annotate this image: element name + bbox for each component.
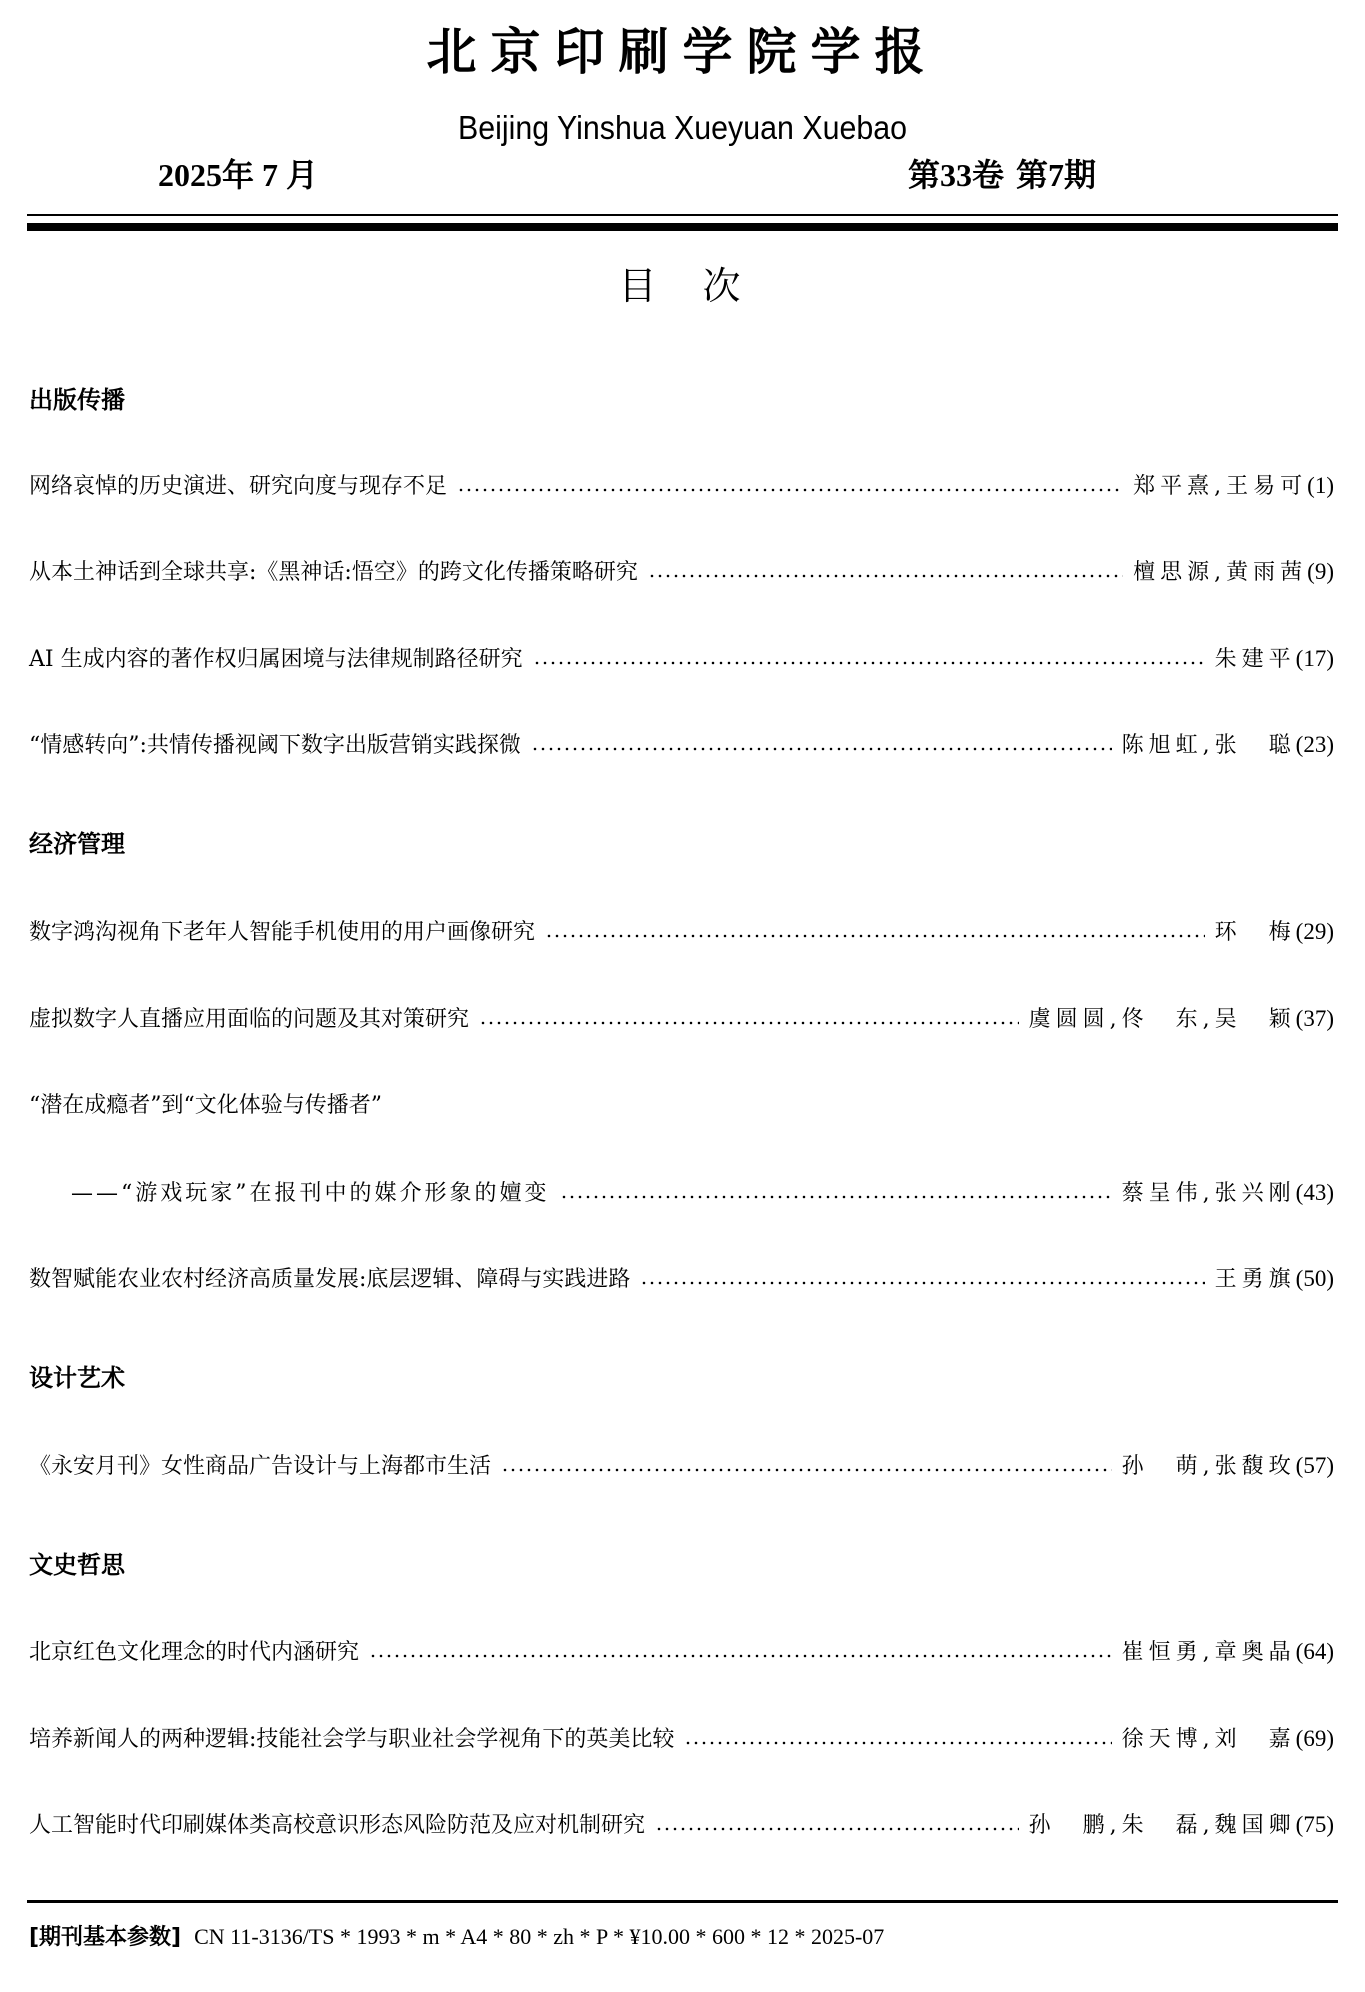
toc-entry[interactable]: 网络哀悼的历史演进、研究向度与现存不足 郑平熹,王易可 (1) <box>29 470 1334 502</box>
article-subtitle[interactable]: ——“游戏玩家”在报刊中的媒介形象的嬗变 <box>29 1178 550 1210</box>
section-title: 出版传播 <box>29 385 125 415</box>
dot-leader <box>648 574 1123 578</box>
journal-title: 北京印刷学院学报 <box>0 22 1365 82</box>
toc-entry[interactable]: 虚拟数字人直播应用面临的问题及其对策研究 虞圆圆,佟 东,吴 颖 (37) <box>29 1003 1334 1035</box>
parameters-value: CN 11-3136/TS * 1993 * m * A4 * 80 * zh … <box>194 1924 884 1949</box>
article-authors: 虞圆圆,佟 东,吴 颖 <box>1029 1004 1296 1036</box>
article-authors: 蔡呈伟,张兴刚 <box>1122 1178 1296 1210</box>
dot-leader <box>560 1195 1112 1199</box>
article-authors: 崔恒勇,章奥晶 <box>1122 1637 1296 1669</box>
footer-divider <box>27 1900 1338 1903</box>
article-authors: 孙 鹏,朱 磊,魏国卿 <box>1029 1810 1296 1842</box>
article-title[interactable]: “潜在成瘾者”到“文化体验与传播者” <box>29 1090 382 1122</box>
toc-heading: 目次 <box>0 262 1365 310</box>
toc-entry[interactable]: 人工智能时代印刷媒体类高校意识形态风险防范及应对机制研究 孙 鹏,朱 磊,魏国卿… <box>29 1809 1334 1841</box>
toc-entry[interactable]: 培养新闻人的两种逻辑:技能社会学与职业社会学视角下的英美比较 徐天博,刘 嘉 (… <box>29 1723 1334 1755</box>
dot-leader <box>369 1654 1112 1658</box>
toc-entry-subtitle-line[interactable]: ——“游戏玩家”在报刊中的媒介形象的嬗变 蔡呈伟,张兴刚 (43) <box>29 1177 1334 1209</box>
dot-leader <box>457 488 1123 492</box>
page-number[interactable]: (69) <box>1296 1723 1334 1755</box>
page-number[interactable]: (23) <box>1296 729 1334 761</box>
article-authors: 徐天博,刘 嘉 <box>1122 1724 1296 1756</box>
section-title: 文史哲思 <box>29 1550 125 1580</box>
article-title[interactable]: 虚拟数字人直播应用面临的问题及其对策研究 <box>29 1004 469 1036</box>
toc-entry[interactable]: AI 生成内容的著作权归属困境与法律规制路径研究 朱建平 (17) <box>29 643 1334 675</box>
article-authors: 王勇旗 <box>1215 1264 1296 1296</box>
journal-parameters: [期刊基本参数] CN 11-3136/TS * 1993 * m * A4 *… <box>29 1921 884 1954</box>
page-number[interactable]: (37) <box>1296 1003 1334 1035</box>
dot-leader <box>545 934 1205 938</box>
article-title[interactable]: 培养新闻人的两种逻辑:技能社会学与职业社会学视角下的英美比较 <box>29 1724 674 1756</box>
page-number[interactable]: (43) <box>1296 1177 1334 1209</box>
article-authors: 陈旭虹,张 聪 <box>1122 730 1296 762</box>
article-title[interactable]: 网络哀悼的历史演进、研究向度与现存不足 <box>29 471 447 503</box>
toc-entry[interactable]: 数字鸿沟视角下老年人智能手机使用的用户画像研究 环 梅 (29) <box>29 916 1334 948</box>
section-title: 经济管理 <box>29 829 125 859</box>
page-number[interactable]: (64) <box>1296 1636 1334 1668</box>
article-title[interactable]: 人工智能时代印刷媒体类高校意识形态风险防范及应对机制研究 <box>29 1810 645 1842</box>
article-authors: 孙 萌,张馥玫 <box>1122 1451 1296 1483</box>
journal-pinyin-title: Beijing Yinshua Xueyuan Xuebao <box>55 108 1311 148</box>
toc-entry[interactable]: 北京红色文化理念的时代内涵研究 崔恒勇,章奥晶 (64) <box>29 1636 1334 1668</box>
toc-entry[interactable]: 数智赋能农业农村经济高质量发展:底层逻辑、障碍与实践进路 王勇旗 (50) <box>29 1263 1334 1295</box>
dot-leader <box>684 1741 1111 1745</box>
header-divider-thick <box>27 223 1338 231</box>
article-authors: 朱建平 <box>1215 644 1296 676</box>
volume-issue: 第33卷 第7期 <box>908 155 1096 195</box>
toc-entry-title-line[interactable]: “潜在成瘾者”到“文化体验与传播者” <box>29 1090 382 1122</box>
page-number[interactable]: (17) <box>1296 643 1334 675</box>
dot-leader <box>655 1827 1019 1831</box>
issue-date: 2025年 7 月 <box>158 155 318 195</box>
dot-leader <box>479 1021 1019 1025</box>
page-number[interactable]: (50) <box>1296 1263 1334 1295</box>
article-title[interactable]: 数智赋能农业农村经济高质量发展:底层逻辑、障碍与实践进路 <box>29 1264 630 1296</box>
toc-entry[interactable]: “情感转向”:共情传播视阈下数字出版营销实践探微 陈旭虹,张 聪 (23) <box>29 729 1334 761</box>
article-title[interactable]: 北京红色文化理念的时代内涵研究 <box>29 1637 359 1669</box>
dot-leader <box>501 1468 1112 1472</box>
page-number[interactable]: (29) <box>1296 916 1334 948</box>
article-authors: 郑平熹,王易可 <box>1133 471 1307 503</box>
toc-entry[interactable]: 从本土神话到全球共享:《黑神话:悟空》的跨文化传播策略研究 檀思源,黄雨茜 (9… <box>29 556 1334 588</box>
page-number[interactable]: (1) <box>1307 470 1334 502</box>
article-title[interactable]: 数字鸿沟视角下老年人智能手机使用的用户画像研究 <box>29 917 535 949</box>
article-authors: 环 梅 <box>1215 917 1296 949</box>
page-number[interactable]: (57) <box>1296 1450 1334 1482</box>
dot-leader <box>640 1281 1204 1285</box>
header-divider-thin <box>27 214 1338 216</box>
article-authors: 檀思源,黄雨茜 <box>1133 557 1307 589</box>
section-title: 设计艺术 <box>29 1363 125 1393</box>
article-title[interactable]: 《永安月刊》女性商品广告设计与上海都市生活 <box>29 1451 491 1483</box>
page-number[interactable]: (75) <box>1296 1809 1334 1841</box>
dot-leader <box>531 747 1112 751</box>
article-title[interactable]: 从本土神话到全球共享:《黑神话:悟空》的跨文化传播策略研究 <box>29 557 638 589</box>
toc-entry[interactable]: 《永安月刊》女性商品广告设计与上海都市生活 孙 萌,张馥玫 (57) <box>29 1450 1334 1482</box>
article-title[interactable]: AI 生成内容的著作权归属困境与法律规制路径研究 <box>29 644 523 676</box>
parameters-label: [期刊基本参数] <box>29 1925 181 1950</box>
dot-leader <box>533 661 1205 665</box>
article-title[interactable]: “情感转向”:共情传播视阈下数字出版营销实践探微 <box>29 730 521 762</box>
page-number[interactable]: (9) <box>1307 556 1334 588</box>
